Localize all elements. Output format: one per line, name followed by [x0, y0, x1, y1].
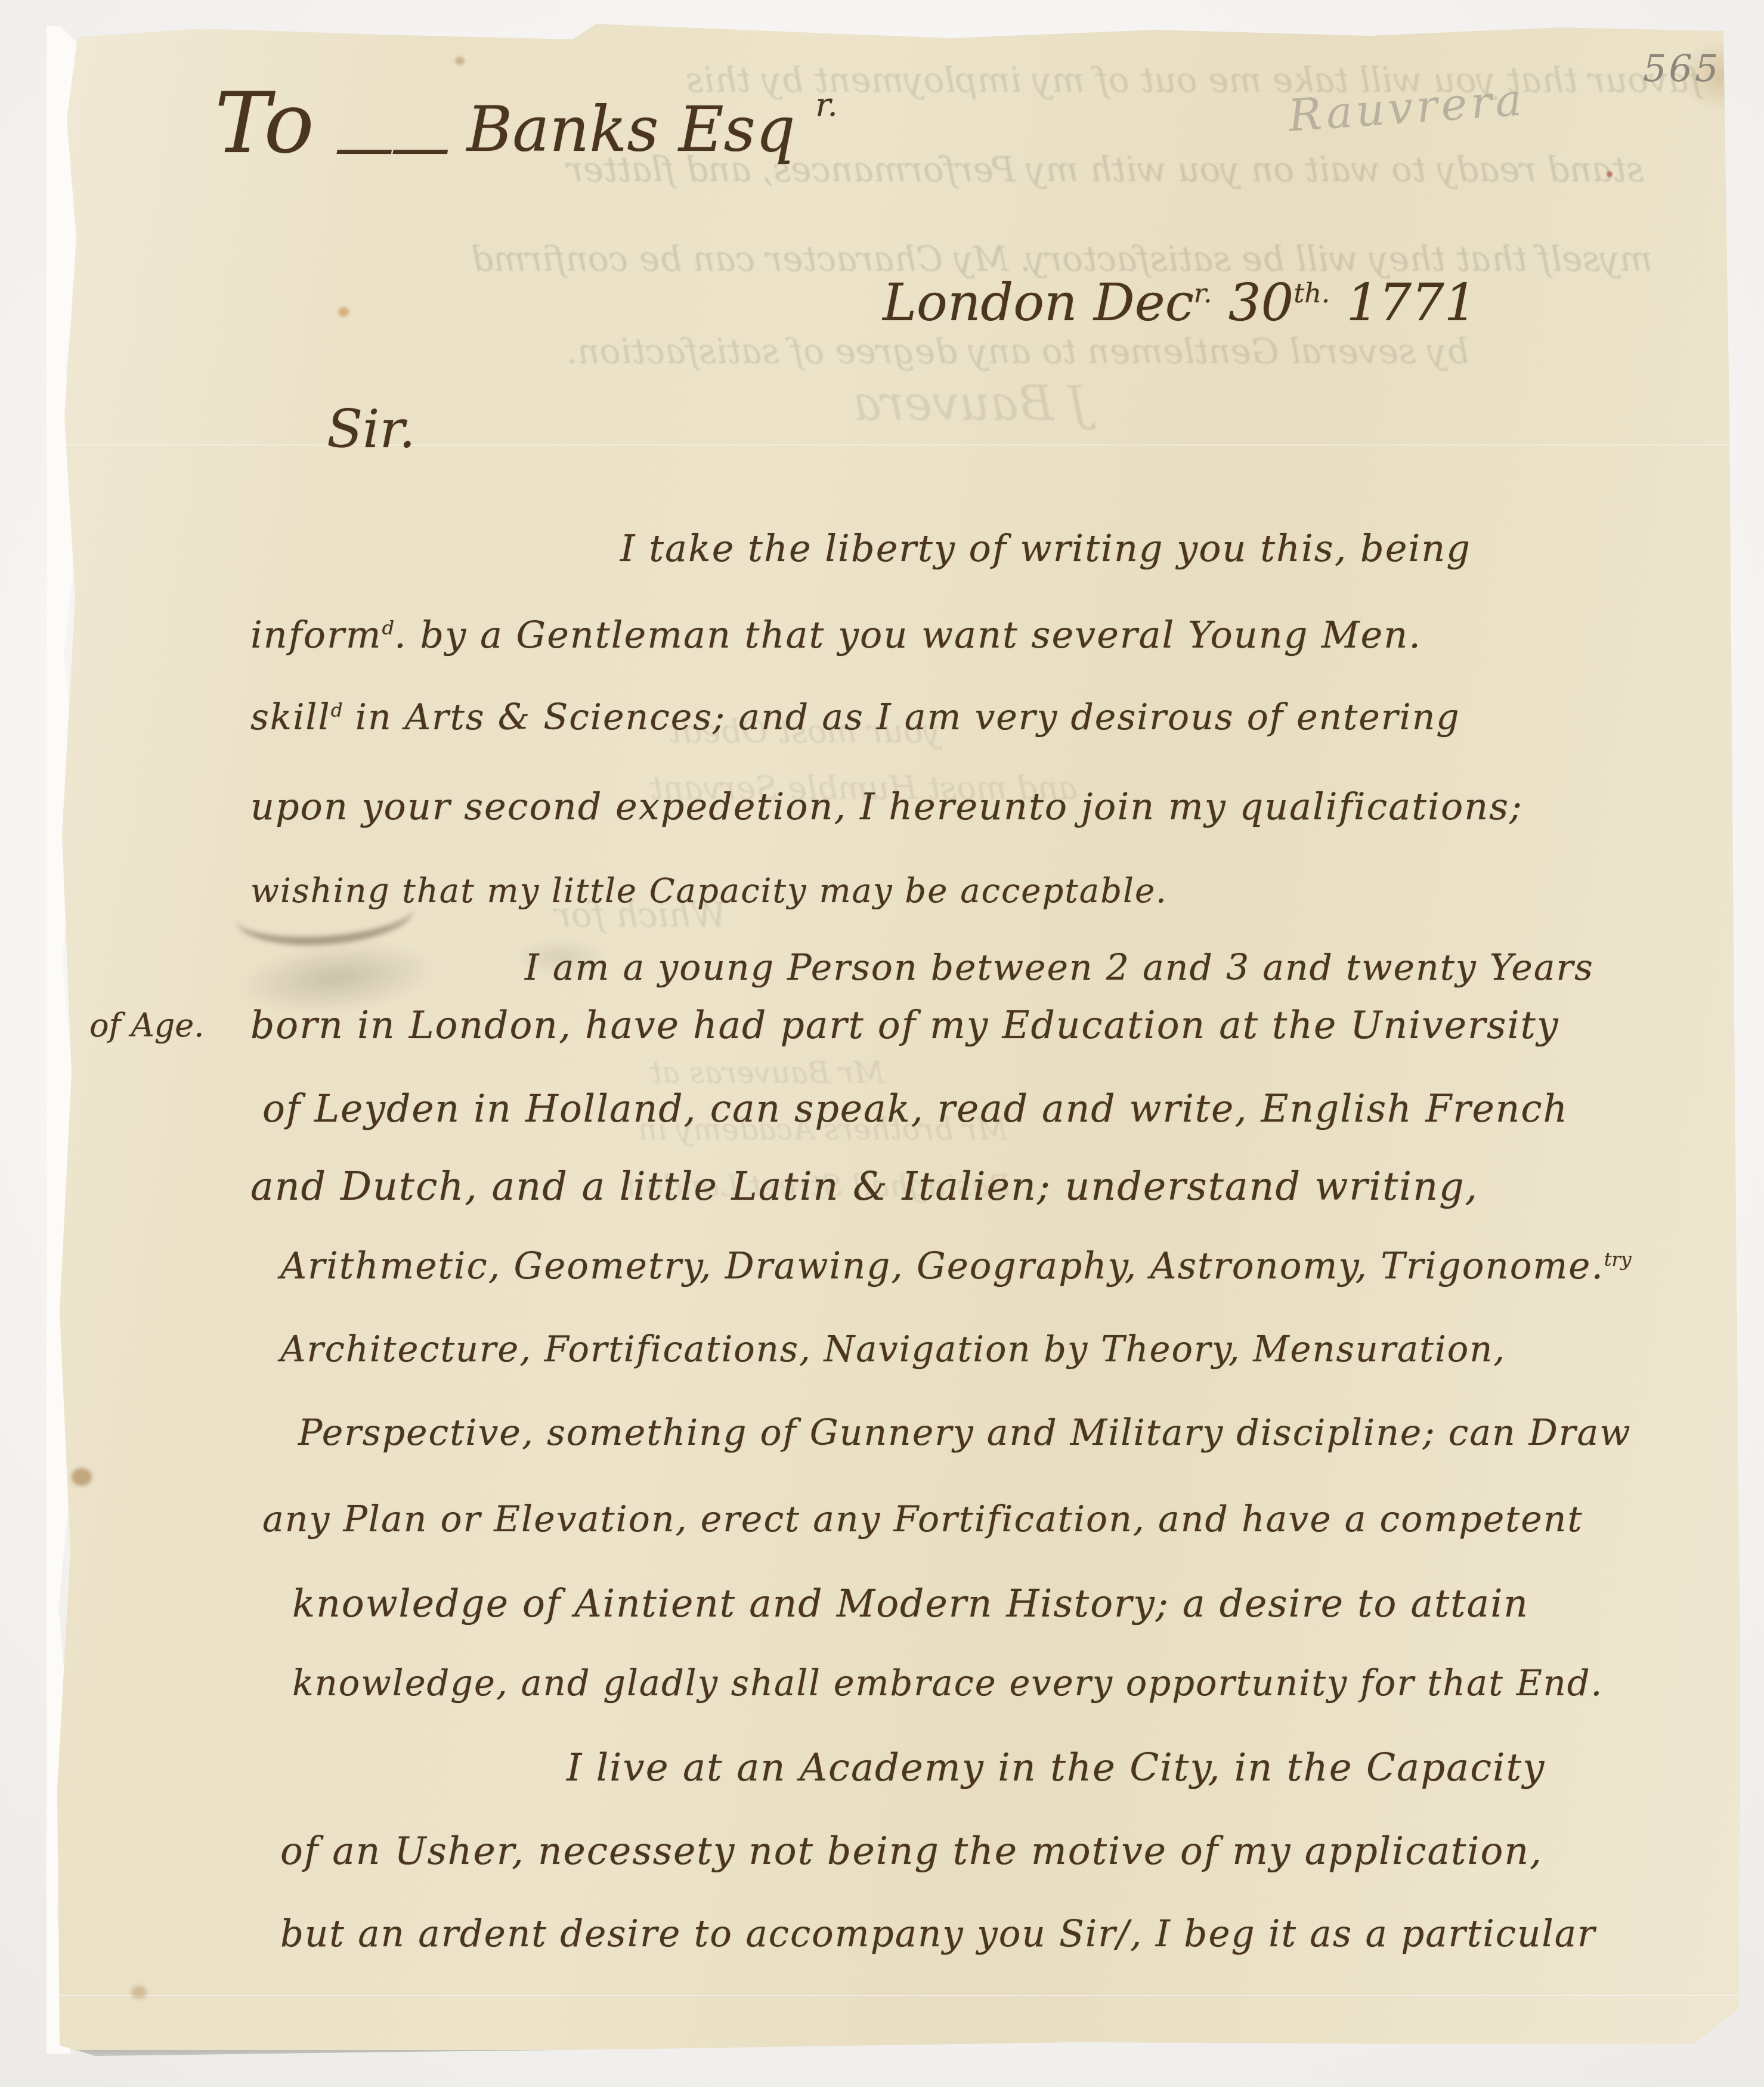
body-line-text: and Dutch, and a little Latin & Italien;…: [250, 1165, 1478, 1209]
dateline-month-sup: r.: [1194, 277, 1212, 309]
showthrough-signature: J Bauvera: [853, 376, 1088, 431]
body-line: Perspective, something of Gunnery and Mi…: [298, 1412, 1632, 1454]
showthrough-line: favour that you will take me out of my i…: [686, 60, 1701, 100]
body-line-text: Architecture, Fortifications, Navigation…: [280, 1329, 1506, 1370]
body-line-text: of an Usher, necessety not being the mot…: [280, 1829, 1543, 1873]
body-line-text: of Leyden in Holland, can speak, read an…: [262, 1087, 1568, 1131]
body-line-text: . by a Gentleman that you want several Y…: [394, 613, 1422, 657]
body-line-text: inform: [250, 613, 382, 657]
heading-to: To: [215, 75, 314, 172]
margin-note: of Age.: [89, 1007, 204, 1044]
body-line: any Plan or Elevation, erect any Fortifi…: [262, 1498, 1583, 1540]
scanned-letter-page: favour that you will take me out of my i…: [0, 0, 1764, 2087]
body-line: born in London, have had part of my Educ…: [250, 1004, 1559, 1047]
body-line: Architecture, Fortifications, Navigation…: [280, 1329, 1506, 1370]
body-line-text: I take the liberty of writing you this, …: [620, 527, 1471, 570]
foxing-spot: [455, 57, 465, 65]
body-line-text: Arithmetic, Geometry, Drawing, Geography…: [280, 1245, 1604, 1287]
heading-addressee-superscript: r.: [816, 86, 838, 123]
body-line-text: Perspective, something of Gunnery and Mi…: [298, 1412, 1632, 1454]
body-line-text: wishing that my little Capacity may be a…: [250, 872, 1168, 911]
body-line: knowledge, and gladly shall embrace ever…: [292, 1662, 1603, 1704]
body-line-text: knowledge, and gladly shall embrace ever…: [292, 1662, 1603, 1704]
body-line-text: I live at an Academy in the City, in the…: [567, 1746, 1545, 1790]
body-line-text: I am a young Person between 2 and 3 and …: [525, 947, 1594, 989]
salutation: Sir.: [327, 398, 416, 460]
dateline-day: 30: [1212, 273, 1294, 333]
body-line-sup: d: [331, 700, 343, 722]
showthrough-line: Mr Bauveras at: [650, 1055, 884, 1090]
pencil-folio-number: 565: [1643, 47, 1720, 90]
body-line: skilld in Arts & Sciences; and as I am v…: [250, 696, 1460, 738]
dateline-day-sup: th.: [1293, 277, 1330, 309]
body-line-text: in Arts & Sciences; and as I am very des…: [343, 696, 1460, 738]
body-line: I am a young Person between 2 and 3 and …: [525, 947, 1594, 989]
heading-dash: ——: [335, 112, 447, 182]
body-line: informd. by a Gentleman that you want se…: [250, 613, 1422, 657]
showthrough-line: by several Gentlemen to any degree of sa…: [567, 331, 1469, 371]
body-line: of an Usher, necessety not being the mot…: [280, 1829, 1543, 1873]
horizontal-crease: [57, 444, 1747, 447]
dateline-place-month: London Dec: [883, 273, 1194, 333]
horizontal-crease: [57, 1995, 1747, 1997]
body-line-text: skill: [250, 696, 331, 738]
foxing-spot: [338, 307, 349, 317]
dateline: London Decr. 30th. 1771: [883, 273, 1477, 333]
letter-paper: favour that you will take me out of my i…: [57, 23, 1747, 2050]
body-line: Arithmetic, Geometry, Drawing, Geography…: [280, 1245, 1632, 1287]
body-line-text: any Plan or Elevation, erect any Fortifi…: [262, 1498, 1583, 1540]
body-line: but an ardent desire to accompany you Si…: [280, 1913, 1596, 1955]
body-line: of Leyden in Holland, can speak, read an…: [262, 1087, 1568, 1131]
body-line: wishing that my little Capacity may be a…: [250, 872, 1168, 911]
heading-line: To —— Banks Esq r.: [215, 75, 838, 182]
body-line-sup: d: [382, 617, 394, 639]
body-line: and Dutch, and a little Latin & Italien;…: [250, 1165, 1478, 1209]
body-line-sup: try: [1604, 1249, 1632, 1271]
body-line: upon your second expedetion, I hereunto …: [250, 785, 1523, 828]
heading-addressee: Banks Esq: [467, 93, 796, 166]
body-line-text: upon your second expedetion, I hereunto …: [250, 785, 1523, 828]
body-line: I take the liberty of writing you this, …: [620, 527, 1471, 570]
body-line: knowledge of Aintient and Modern History…: [292, 1582, 1529, 1625]
foxing-spot: [1607, 171, 1613, 177]
foxing-spot: [72, 1468, 92, 1486]
body-line-text: but an ardent desire to accompany you Si…: [280, 1913, 1596, 1955]
foxing-spot: [131, 1986, 147, 1999]
body-line-text: born in London, have had part of my Educ…: [250, 1004, 1559, 1047]
dateline-year: 1771: [1330, 273, 1477, 333]
body-line-text: knowledge of Aintient and Modern History…: [292, 1582, 1529, 1625]
body-line: I live at an Academy in the City, in the…: [567, 1746, 1545, 1790]
